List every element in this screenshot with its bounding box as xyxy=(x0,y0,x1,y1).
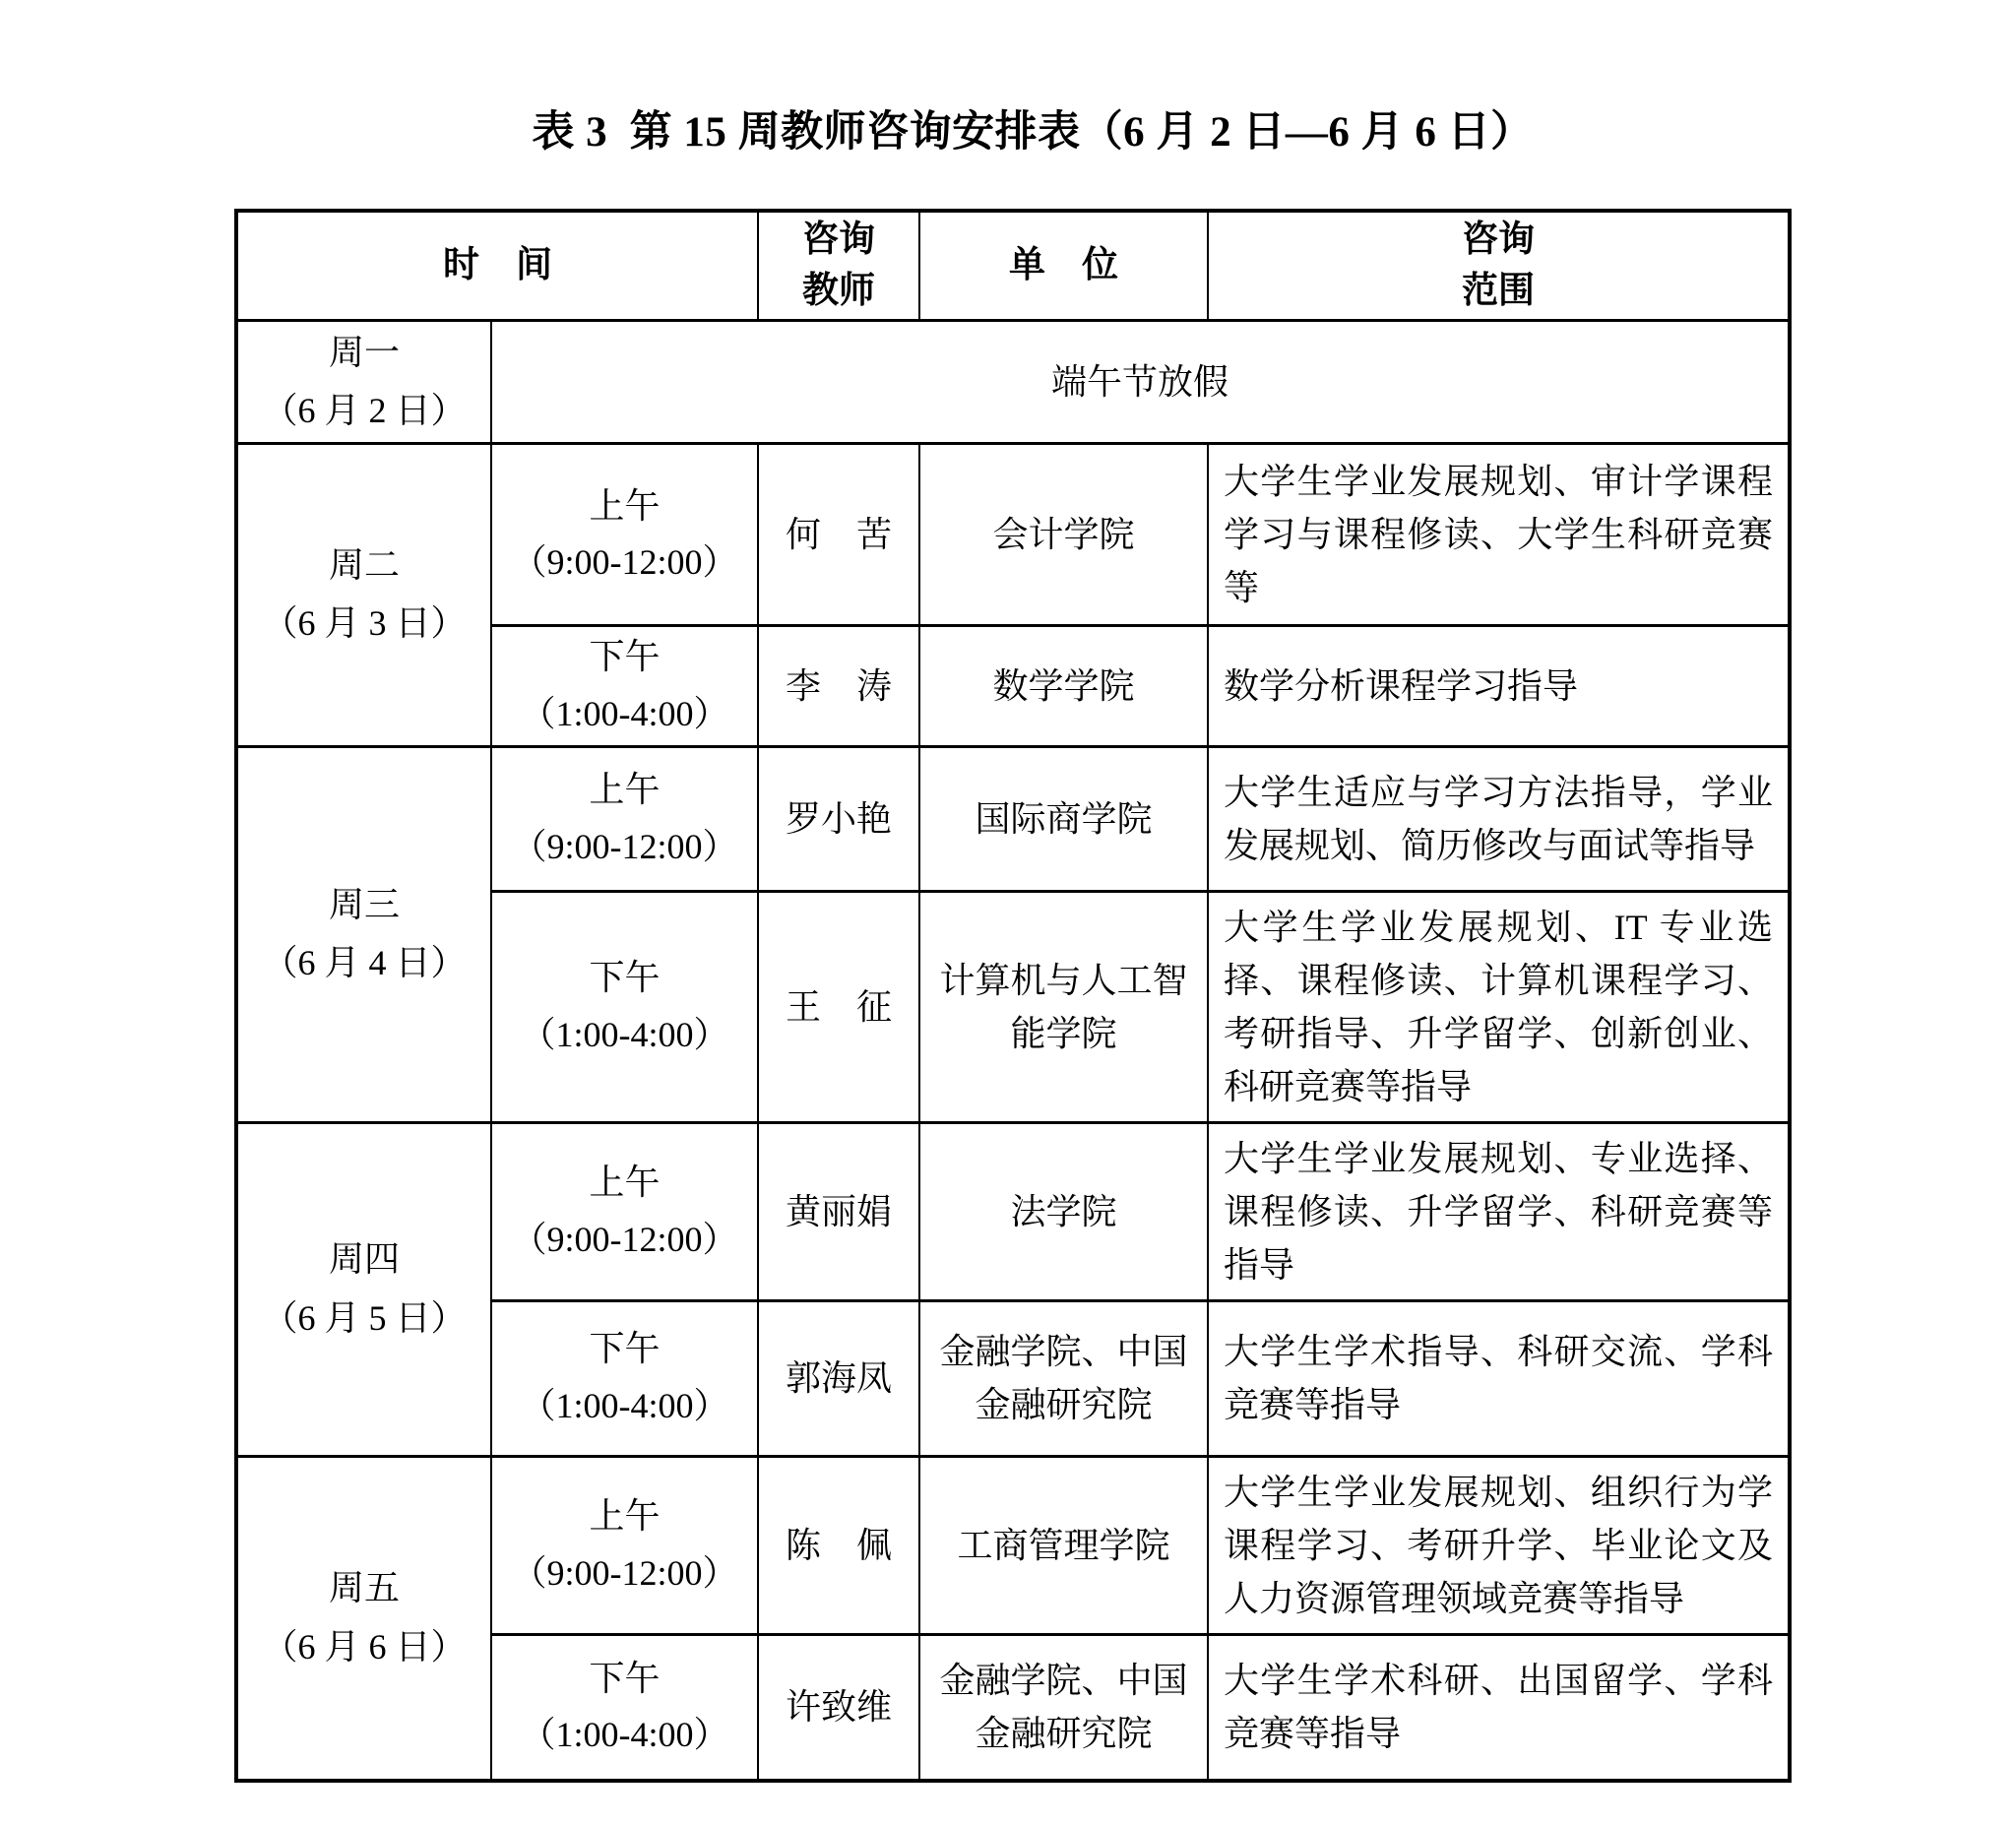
time-cell: 下午 （1:00-4:00） xyxy=(491,1300,758,1456)
table-row-thursday-am: 周四 （6 月 5 日） 上午 （9:00-12:00） 黄丽娟 法学院 大学生… xyxy=(236,1122,1790,1300)
unit-cell: 数学学院 xyxy=(919,626,1208,746)
day-cell-thursday: 周四 （6 月 5 日） xyxy=(236,1122,491,1456)
time-cell: 上午 （9:00-12:00） xyxy=(491,746,758,891)
teacher-cell: 郭海凤 xyxy=(758,1300,919,1456)
scope-cell: 大学生适应与学习方法指导，学业发展规划、简历修改与面试等指导 xyxy=(1208,746,1790,891)
teacher-cell: 黄丽娟 xyxy=(758,1122,919,1300)
time-cell: 上午 （9:00-12:00） xyxy=(491,1456,758,1634)
scope-cell: 大学生学业发展规划、专业选择、课程修读、升学留学、科研竞赛等指导 xyxy=(1208,1122,1790,1300)
unit-cell: 金融学院、中国金融研究院 xyxy=(919,1300,1208,1456)
table-row-wednesday-am: 周三 （6 月 4 日） 上午 （9:00-12:00） 罗小艳 国际商学院 大… xyxy=(236,746,1790,891)
time-cell: 上午 （9:00-12:00） xyxy=(491,1122,758,1300)
teacher-cell: 王 征 xyxy=(758,891,919,1122)
day-cell-wednesday: 周三 （6 月 4 日） xyxy=(236,746,491,1122)
time-cell: 下午 （1:00-4:00） xyxy=(491,891,758,1122)
teacher-cell: 陈 佩 xyxy=(758,1456,919,1634)
unit-cell: 会计学院 xyxy=(919,444,1208,626)
teacher-cell: 罗小艳 xyxy=(758,746,919,891)
scope-cell: 大学生学业发展规划、IT 专业选择、课程修读、计算机课程学习、考研指导、升学留学… xyxy=(1208,891,1790,1122)
scope-cell: 大学生学术指导、科研交流、学科竞赛等指导 xyxy=(1208,1300,1790,1456)
time-cell: 上午 （9:00-12:00） xyxy=(491,444,758,626)
header-teacher: 咨询 教师 xyxy=(758,211,919,320)
unit-cell: 国际商学院 xyxy=(919,746,1208,891)
table-row-friday-am: 周五 （6 月 6 日） 上午 （9:00-12:00） 陈 佩 工商管理学院 … xyxy=(236,1456,1790,1634)
unit-cell: 工商管理学院 xyxy=(919,1456,1208,1634)
table-header-row: 时 间 咨询 教师 单 位 咨询 范围 xyxy=(236,211,1790,320)
unit-cell: 法学院 xyxy=(919,1122,1208,1300)
scope-cell: 大学生学业发展规划、组织行为学课程学习、考研升学、毕业论文及人力资源管理领域竞赛… xyxy=(1208,1456,1790,1634)
header-time: 时 间 xyxy=(236,211,758,320)
table-row-tuesday-am: 周二 （6 月 3 日） 上午 （9:00-12:00） 何 苦 会计学院 大学… xyxy=(236,444,1790,626)
scope-cell: 大学生学业发展规划、审计学课程学习与课程修读、大学生科研竞赛等 xyxy=(1208,444,1790,626)
scope-cell: 数学分析课程学习指导 xyxy=(1208,626,1790,746)
day-cell-tuesday: 周二 （6 月 3 日） xyxy=(236,444,491,746)
unit-cell: 计算机与人工智能学院 xyxy=(919,891,1208,1122)
time-cell: 下午 （1:00-4:00） xyxy=(491,626,758,746)
unit-cell: 金融学院、中国金融研究院 xyxy=(919,1634,1208,1781)
table-row-monday: 周一 （6 月 2 日） 端午节放假 xyxy=(236,320,1790,444)
teacher-cell: 何 苦 xyxy=(758,444,919,626)
teacher-cell: 李 涛 xyxy=(758,626,919,746)
day-cell-monday: 周一 （6 月 2 日） xyxy=(236,320,491,444)
time-cell: 下午 （1:00-4:00） xyxy=(491,1634,758,1781)
consultation-schedule-table: 时 间 咨询 教师 单 位 咨询 范围 周一 （6 月 2 日） 端午节放假 周… xyxy=(234,209,1792,1783)
header-scope: 咨询 范围 xyxy=(1208,211,1790,320)
page-title: 表 3 第 15 周教师咨询安排表（6 月 2 日—6 月 6 日） xyxy=(256,0,1809,157)
scope-cell: 大学生学术科研、出国留学、学科竞赛等指导 xyxy=(1208,1634,1790,1781)
header-unit: 单 位 xyxy=(919,211,1208,320)
holiday-note: 端午节放假 xyxy=(491,320,1790,444)
day-cell-friday: 周五 （6 月 6 日） xyxy=(236,1456,491,1781)
teacher-cell: 许致维 xyxy=(758,1634,919,1781)
